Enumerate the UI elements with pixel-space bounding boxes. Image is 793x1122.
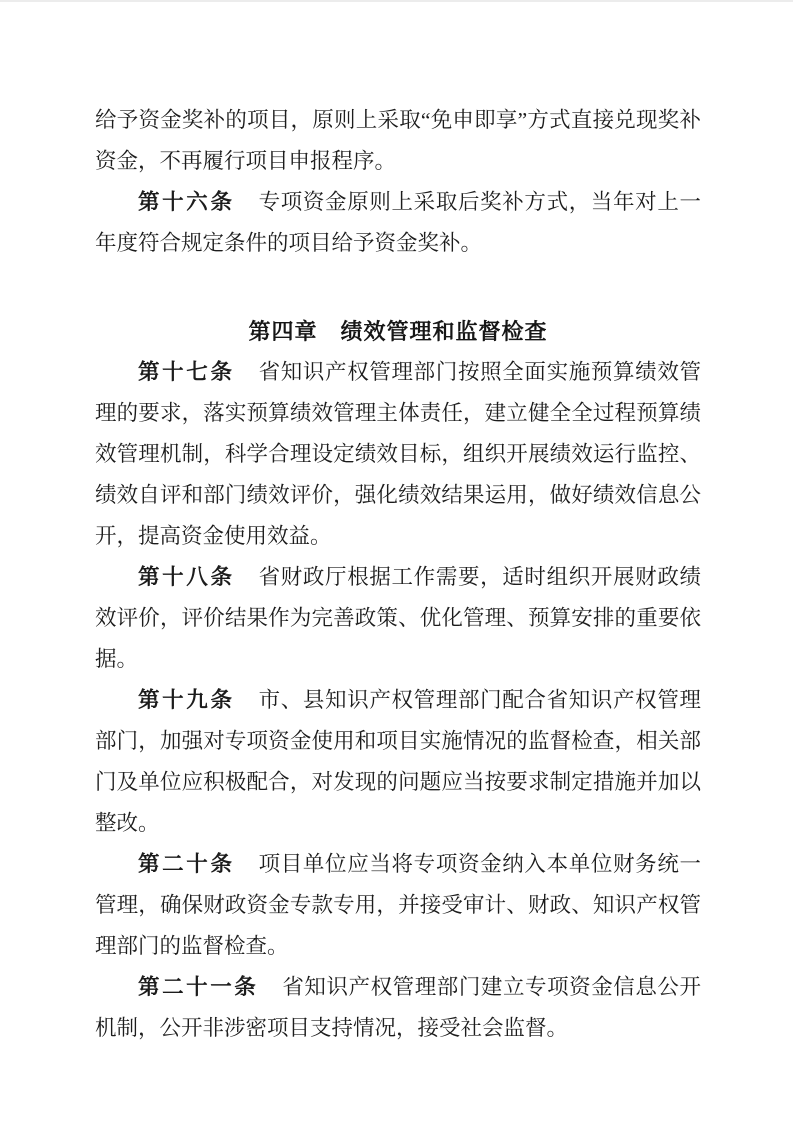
- article-21-number: 第二十一条: [138, 975, 258, 999]
- article-16: 第十六条专项资金原则上采取后奖补方式，当年对上一年度符合规定条件的项目给予资金奖…: [95, 182, 701, 264]
- article-19-number: 第十九条: [138, 688, 235, 712]
- article-18: 第十八条省财政厅根据工作需要，适时组织开展财政绩效评价，评价结果作为完善政策、优…: [95, 557, 701, 680]
- article-17-text: 省知识产权管理部门按照全面实施预算绩效管理的要求，落实预算绩效管理主体责任，建立…: [95, 360, 701, 548]
- article-17-number: 第十七条: [138, 360, 235, 384]
- document-page: 给予资金奖补的项目，原则上采取“免申即享”方式直接兑现奖补资金，不再履行项目申报…: [0, 0, 793, 1122]
- article-18-number: 第十八条: [138, 565, 235, 589]
- article-16-number: 第十六条: [138, 190, 235, 214]
- article-21: 第二十一条省知识产权管理部门建立专项资金信息公开机制，公开非涉密项目支持情况，接…: [95, 967, 701, 1049]
- article-20: 第二十条项目单位应当将专项资金纳入本单位财务统一管理，确保财政资金专款专用，并接…: [95, 844, 701, 967]
- page-top-edge-line: [0, 0, 793, 2]
- article-19: 第十九条市、县知识产权管理部门配合省知识产权管理部门，加强对专项资金使用和项目实…: [95, 680, 701, 844]
- chapter-heading: 第四章 绩效管理和监督检查: [95, 311, 701, 352]
- paragraph-continuation: 给予资金奖补的项目，原则上采取“免申即享”方式直接兑现奖补资金，不再履行项目申报…: [95, 100, 701, 182]
- article-17: 第十七条省知识产权管理部门按照全面实施预算绩效管理的要求，落实预算绩效管理主体责…: [95, 352, 701, 557]
- article-20-number: 第二十条: [138, 852, 235, 876]
